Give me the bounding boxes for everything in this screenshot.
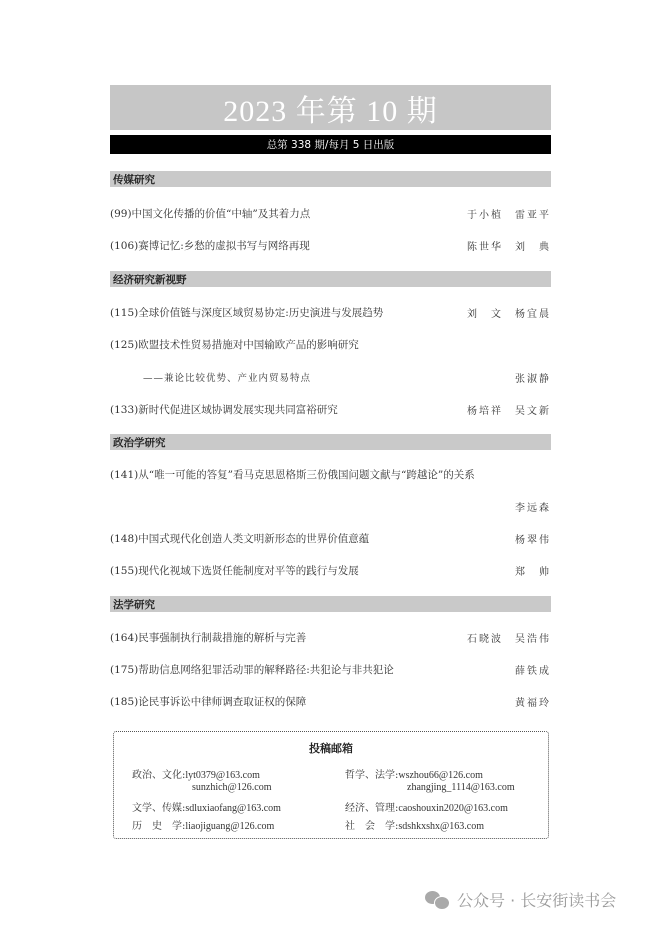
toc-entry[interactable]: (99)中国文化传播的价值“中轴”及其着力点 于小植雷亚平	[110, 205, 551, 221]
section-title: 政治学研究	[110, 435, 166, 450]
watermark-text: 公众号 · 长安街读书会	[457, 888, 616, 911]
section-header-media: 传媒研究	[110, 171, 551, 187]
toc-entry-author-line[interactable]: 李远森	[110, 498, 551, 514]
issue-title-box: 2023 年第 10 期	[110, 85, 551, 130]
wechat-watermark: 公众号 · 长安街读书会	[425, 888, 616, 911]
section-title: 经济研究新视野	[110, 272, 187, 287]
wechat-icon	[425, 890, 449, 910]
toc-entry[interactable]: (115)全球价值链与深度区域贸易协定:历史演进与发展趋势 刘 文杨宜晨	[110, 304, 551, 320]
email-politics-culture-2[interactable]: sunzhich@126.com	[192, 782, 271, 793]
submission-email-box: 投稿邮箱 政治、文化:lyt0379@163.com sunzhich@126.…	[113, 731, 549, 839]
section-title: 法学研究	[110, 597, 155, 612]
toc-entry[interactable]: (155)现代化视域下选贤任能制度对平等的践行与发展 郑 帅	[110, 562, 551, 578]
email-philosophy-law-2[interactable]: zhangjing_1114@163.com	[407, 782, 515, 793]
entry-authors: 薛铁成	[503, 662, 551, 677]
entry-authors: 张淑静	[503, 370, 551, 385]
email-sociology[interactable]: 社 会 学:sdshkxshx@163.com	[345, 817, 484, 832]
toc-entry[interactable]: (185)论民事诉讼中律师调查取证权的保障 黄福玲	[110, 693, 551, 709]
entry-title: (99)中国文化传播的价值“中轴”及其着力点	[110, 206, 310, 221]
email-economics-management[interactable]: 经济、管理:caoshouxin2020@163.com	[345, 799, 508, 814]
entry-title: (106)赛博记忆:乡愁的虚拟书写与网络再现	[110, 238, 310, 253]
section-header-politics: 政治学研究	[110, 434, 551, 450]
entry-authors: 石晓波吴浩伟	[455, 630, 551, 645]
issue-info: 总第 338 期/每月 5 日出版	[267, 137, 395, 152]
issue-info-bar: 总第 338 期/每月 5 日出版	[110, 135, 551, 154]
email-philosophy-law[interactable]: 哲学、法学:wszhou66@126.com	[345, 766, 483, 781]
entry-authors: 杨翠伟	[503, 531, 551, 546]
entry-authors: 刘 文杨宜晨	[455, 305, 551, 320]
entry-title: (125)欧盟技术性贸易措施对中国输欧产品的影响研究	[110, 337, 359, 352]
entry-title: (115)全球价值链与深度区域贸易协定:历史演进与发展趋势	[110, 305, 383, 320]
toc-entry[interactable]: (106)赛博记忆:乡愁的虚拟书写与网络再现 陈世华刘 典	[110, 237, 551, 253]
entry-title: (175)帮助信息网络犯罪活动罪的解释路径:共犯论与非共犯论	[110, 662, 394, 677]
email-politics-culture[interactable]: 政治、文化:lyt0379@163.com	[132, 766, 260, 781]
entry-title: (141)从“唯一可能的答复”看马克思恩格斯三份俄国问题文献与“跨越论”的关系	[110, 467, 475, 482]
entry-title: (185)论民事诉讼中律师调查取证权的保障	[110, 694, 306, 709]
entry-subtitle: ——兼论比较优势、产业内贸易特点	[110, 370, 311, 384]
issue-title: 2023 年第 10 期	[223, 86, 438, 130]
entry-title: (155)现代化视域下选贤任能制度对平等的践行与发展	[110, 563, 359, 578]
section-title: 传媒研究	[110, 172, 155, 187]
entry-title: (148)中国式现代化创造人类文明新形态的世界价值意蕴	[110, 531, 369, 546]
entry-authors: 黄福玲	[503, 694, 551, 709]
toc-entry[interactable]: (141)从“唯一可能的答复”看马克思恩格斯三份俄国问题文献与“跨越论”的关系	[110, 466, 551, 482]
entry-title: (164)民事强制执行制裁措施的解析与完善	[110, 630, 306, 645]
toc-entry-subtitle[interactable]: ——兼论比较优势、产业内贸易特点 张淑静	[110, 369, 551, 385]
section-header-economics: 经济研究新视野	[110, 271, 551, 287]
email-literature-media[interactable]: 文学、传媒:sdluxiaofang@163.com	[132, 799, 281, 814]
toc-entry[interactable]: (133)新时代促进区域协调发展实现共同富裕研究 杨培祥吴文新	[110, 401, 551, 417]
entry-title: (133)新时代促进区域协调发展实现共同富裕研究	[110, 402, 338, 417]
submission-title: 投稿邮箱	[114, 740, 548, 756]
email-history[interactable]: 历 史 学:liaojiguang@126.com	[132, 817, 274, 832]
toc-entry[interactable]: (148)中国式现代化创造人类文明新形态的世界价值意蕴 杨翠伟	[110, 530, 551, 546]
entry-authors: 于小植雷亚平	[455, 206, 551, 221]
toc-entry[interactable]: (175)帮助信息网络犯罪活动罪的解释路径:共犯论与非共犯论 薛铁成	[110, 661, 551, 677]
entry-authors: 李远森	[503, 499, 551, 514]
entry-authors: 郑 帅	[503, 563, 551, 578]
entry-authors: 陈世华刘 典	[455, 238, 551, 253]
toc-entry[interactable]: (125)欧盟技术性贸易措施对中国输欧产品的影响研究	[110, 336, 551, 352]
section-header-law: 法学研究	[110, 596, 551, 612]
toc-entry[interactable]: (164)民事强制执行制裁措施的解析与完善 石晓波吴浩伟	[110, 629, 551, 645]
entry-authors: 杨培祥吴文新	[455, 402, 551, 417]
